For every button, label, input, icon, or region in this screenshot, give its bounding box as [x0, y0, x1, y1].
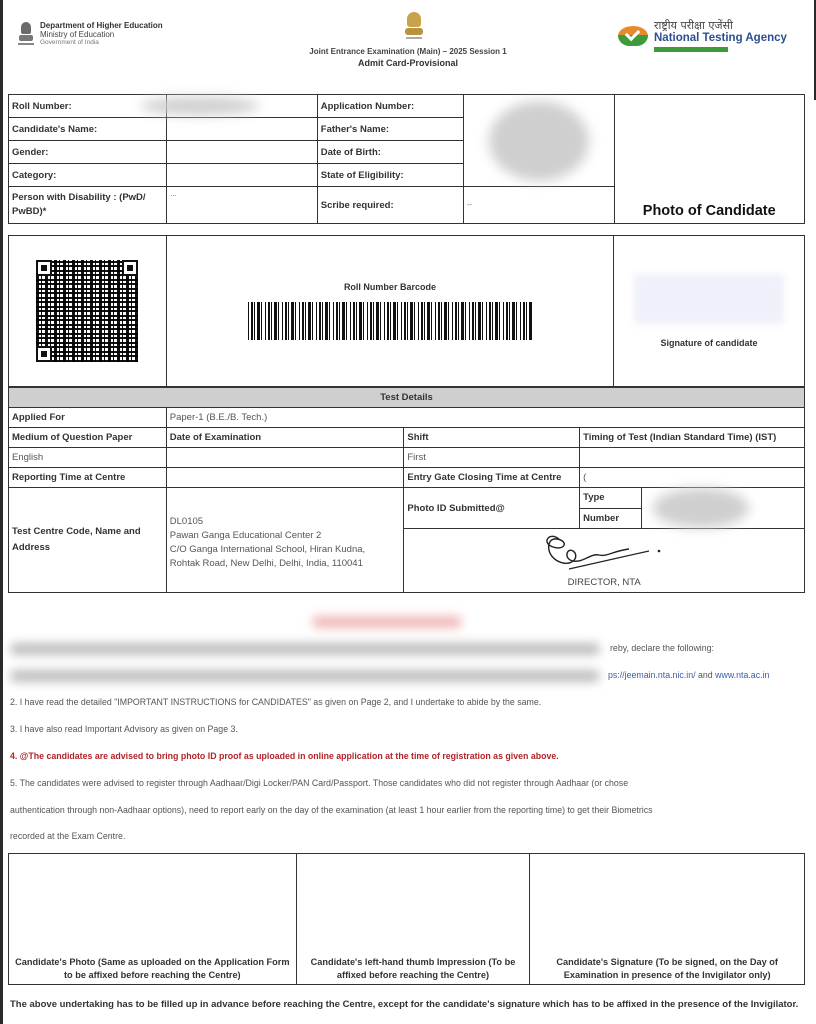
- gender-value: [167, 141, 317, 164]
- redacted-text: [10, 670, 600, 682]
- nta-website-link[interactable]: www.nta.ac.in: [715, 670, 769, 680]
- centre-address-line-2: Rohtak Road, New Delhi, Delhi, India, 11…: [170, 557, 401, 571]
- jeemain-link[interactable]: ps://jeemain.nta.nic.in/: [608, 670, 696, 680]
- photo-id-type-label: Type: [580, 488, 642, 509]
- declaration-item-5-line-3: recorded at the Exam Centre.: [10, 831, 805, 841]
- declaration-item-4-warning: 4. @The candidates are advised to bring …: [10, 751, 805, 761]
- candidate-name-label: Candidate's Name:: [9, 118, 167, 141]
- centre-address-line-1: C/O Ganga International School, Hiran Ku…: [170, 543, 401, 557]
- signature-image: [634, 274, 784, 324]
- photo-of-candidate-label: Photo of Candidate: [637, 197, 782, 221]
- pwd-value: ...: [167, 187, 317, 224]
- gate-closing-value: (: [580, 468, 805, 488]
- medium-label: Medium of Question Paper: [9, 428, 167, 448]
- candidate-signature-cell: Signature of candidate: [614, 236, 805, 387]
- director-signature-cell: DIRECTOR, NTA: [404, 529, 805, 593]
- affix-signature-box: Candidate's Signature (To be signed, on …: [530, 854, 805, 985]
- category-value: [167, 164, 317, 187]
- declaration-item-2: 2. I have read the detailed "IMPORTANT I…: [10, 697, 805, 707]
- declaration-item-5-line-2: authentication through non-Aadhaar optio…: [10, 805, 805, 815]
- gate-closing-label: Entry Gate Closing Time at Centre: [404, 468, 580, 488]
- photo-id-label: Photo ID Submitted@: [404, 488, 580, 529]
- declaration-item-3: 3. I have also read Important Advisory a…: [10, 724, 805, 734]
- test-centre-address: DL0105 Pawan Ganga Educational Center 2 …: [166, 488, 404, 593]
- director-nta-label: DIRECTOR, NTA: [568, 577, 641, 588]
- barcode-cell: Roll Number Barcode: [166, 236, 613, 387]
- candidate-photo-box: Photo of Candidate: [614, 95, 805, 224]
- timing-value: [580, 448, 805, 468]
- state-emblem-icon: [403, 12, 425, 40]
- date-of-exam-value: [166, 448, 404, 468]
- roll-number-barcode-label: Roll Number Barcode: [170, 282, 610, 292]
- government-name: Government of India: [40, 39, 163, 48]
- candidate-info-table: Roll Number: Application Number: Photo o…: [8, 94, 805, 224]
- test-details-header: Test Details: [9, 388, 805, 408]
- category-label: Category:: [9, 164, 167, 187]
- reporting-time-label: Reporting Time at Centre: [9, 468, 167, 488]
- timing-label: Timing of Test (Indian Standard Time) (I…: [580, 428, 805, 448]
- nta-logo-block: राष्ट्रीय परीक्षा एजेंसी National Testin…: [618, 20, 787, 52]
- dob-label: Date of Birth:: [317, 141, 463, 164]
- agency-tagline: [654, 47, 728, 52]
- national-emblem-icon: [18, 22, 34, 46]
- shift-value: First: [404, 448, 580, 468]
- candidate-name-value: [167, 118, 317, 141]
- state-of-eligibility-label: State of Eligibility:: [317, 164, 463, 187]
- father-name-label: Father's Name:: [317, 118, 463, 141]
- declaration-intro-tail: reby, declare the following:: [610, 643, 810, 653]
- director-signature-icon: [539, 529, 669, 575]
- date-of-exam-label: Date of Examination: [166, 428, 404, 448]
- centre-code: DL0105: [170, 515, 401, 529]
- nta-check-logo-icon: [618, 26, 648, 46]
- shift-label: Shift: [404, 428, 580, 448]
- agency-name-english: National Testing Agency: [654, 32, 787, 45]
- application-number-label: Application Number:: [317, 95, 463, 118]
- signature-of-candidate-label: Signature of candidate: [617, 338, 801, 348]
- department-block: Department of Higher Education Ministry …: [18, 22, 163, 48]
- qr-code-icon: [36, 260, 138, 362]
- declaration-item-1-tail: ps://jeemain.nta.nic.in/ and www.nta.ac.…: [608, 670, 808, 680]
- page-border-left: [0, 0, 3, 1024]
- agency-name-hindi: राष्ट्रीय परीक्षा एजेंसी: [654, 20, 787, 32]
- applied-for-value: Paper-1 (B.E./B. Tech.): [166, 408, 804, 428]
- photo-id-number-label: Number: [580, 508, 642, 529]
- application-number-value: [464, 95, 614, 187]
- test-centre-label: Test Centre Code, Name and Address: [9, 488, 167, 593]
- codes-table: Roll Number Barcode Signature of candida…: [8, 235, 805, 387]
- medium-value: English: [9, 448, 167, 468]
- scribe-required-label: Scribe required:: [317, 187, 463, 224]
- reporting-time-value: [166, 468, 404, 488]
- scribe-required-value: --: [464, 187, 614, 224]
- declaration-item-5-line-1: 5. The candidates were advised to regist…: [10, 778, 805, 788]
- photo-id-value: [642, 488, 805, 529]
- gender-label: Gender:: [9, 141, 167, 164]
- roll-number-value: [167, 95, 317, 118]
- pwd-label: Person with Disability : (PwD/ PwBD)*: [9, 187, 167, 224]
- redacted-heading: [312, 616, 462, 628]
- redacted-text: [10, 643, 600, 655]
- footer-note: The above undertaking has to be filled u…: [10, 996, 805, 1013]
- roll-number-barcode-icon: [248, 302, 532, 340]
- affix-thumb-box: Candidate's left-hand thumb Impression (…: [296, 854, 530, 985]
- document-title: Admit Card-Provisional: [250, 58, 566, 68]
- centre-name: Pawan Ganga Educational Center 2: [170, 529, 401, 543]
- affix-photo-box: Candidate's Photo (Same as uploaded on t…: [9, 854, 297, 985]
- ministry-name: Ministry of Education: [40, 31, 163, 40]
- affix-boxes-table: Candidate's Photo (Same as uploaded on t…: [8, 853, 805, 985]
- applied-for-label: Applied For: [9, 408, 167, 428]
- exam-title: Joint Entrance Examination (Main) – 2025…: [250, 47, 566, 56]
- qr-code-cell: [9, 236, 167, 387]
- test-details-table: Test Details Applied For Paper-1 (B.E./B…: [8, 387, 805, 593]
